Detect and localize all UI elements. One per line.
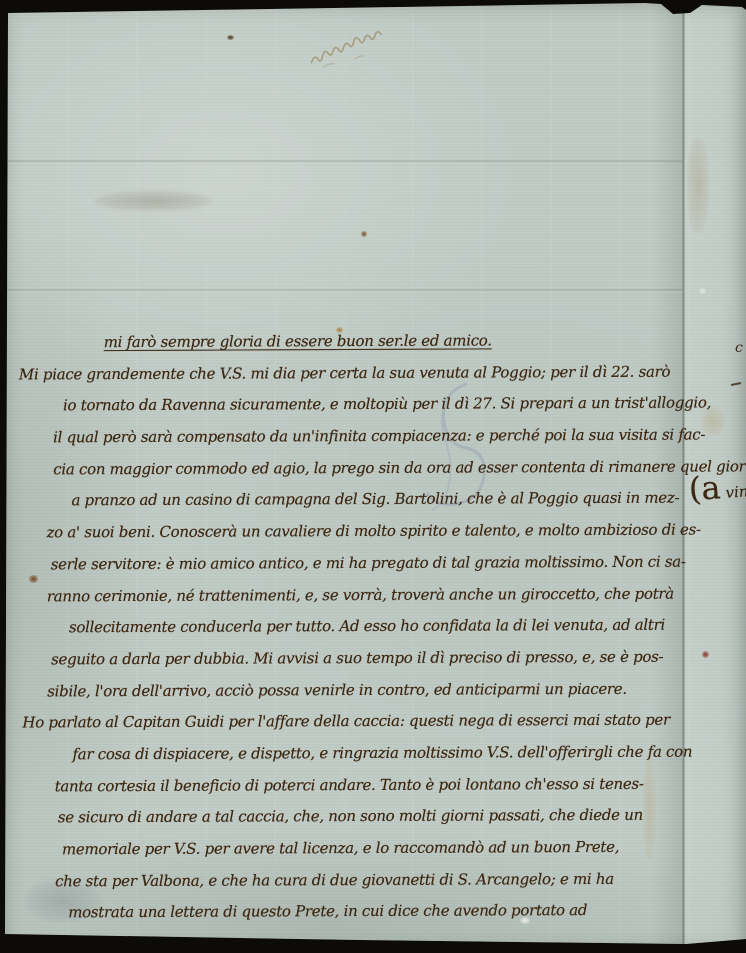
scan-backdrop: mi farò sempre gloria di essere buon ser… — [0, 0, 746, 953]
letter-page: mi farò sempre gloria di essere buon ser… — [0, 0, 746, 953]
paper-edge-vignette — [0, 0, 746, 953]
